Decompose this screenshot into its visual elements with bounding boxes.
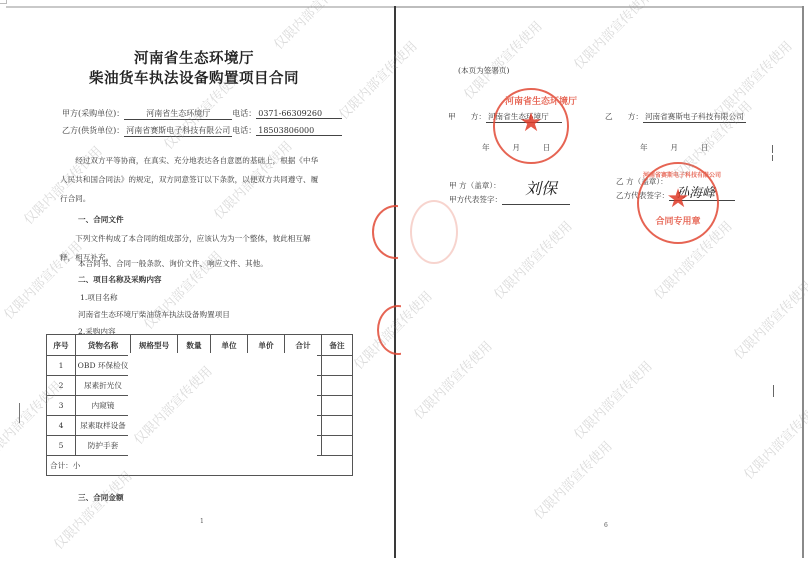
party-a-label: 甲方(采购单位)： — [62, 109, 124, 118]
party-a-phone-label: 电话： — [232, 109, 256, 118]
seal-b-bottom-text: 合同专用章 — [649, 214, 707, 227]
contract-title-line1: 河南省生态环境厅 — [0, 47, 388, 68]
party-b-phone-label: 电话： — [232, 126, 256, 135]
party-b-name: 河南省赛斯电子科技有限公司 — [124, 125, 232, 137]
party-a-sign-label: 甲 方： — [448, 112, 486, 121]
party-b-sign-line: 乙 方：河南省赛斯电子科技有限公司 — [605, 111, 746, 123]
goods-name: 内窥镜 — [76, 396, 131, 416]
seal-b-top-text: 河南省赛斯电子科技有限公司 — [643, 170, 713, 179]
contract-page-6 — [396, 8, 802, 556]
party-b-line: 乙方(供货单位)：河南省赛斯电子科技有限公司电话：18503806000 — [62, 125, 342, 137]
party-a-line: 甲方(采购单位)：河南省生态环境厅电话：0371-66309260 — [62, 108, 342, 120]
scan-mark — [773, 385, 774, 397]
seal-star-icon: ★ — [517, 110, 545, 136]
section1-docs: 本合同书、合同一般条款、询价文件、响应文件、其他。 — [78, 258, 268, 269]
section1-heading: 一、合同文件 — [78, 214, 124, 225]
party-b-sign-label: 乙 方： — [605, 112, 643, 121]
contract-seal-b: ★ 河南省赛斯电子科技有限公司 合同专用章 — [637, 162, 719, 244]
section2-heading: 二、项目名称及采购内容 — [78, 274, 162, 285]
goods-name: 尿素取样设备 — [76, 416, 131, 436]
section3-heading: 三、合同金额 — [78, 492, 124, 503]
redacted-table-area — [128, 353, 317, 459]
contract-title-line2: 柴油货车执法设备购置项目合同 — [0, 67, 388, 88]
signature-a: 刘保 — [525, 176, 557, 199]
party-a-name: 河南省生态环境厅 — [124, 108, 232, 120]
party-b-sign-name: 河南省赛斯电子科技有限公司 — [643, 111, 746, 123]
scan-edge-mark — [19, 403, 20, 423]
page-number-left: 1 — [200, 518, 204, 525]
intro-paragraph: 经过双方平等协商，在真实、充分地表达各自意愿的基础上，根据《中华人民共和国合同法… — [60, 151, 322, 208]
corner-mark — [0, 0, 7, 4]
official-seal-a: ★ 河南省生态环境厅 — [493, 88, 569, 164]
row-number: 1 — [47, 356, 76, 376]
goods-name: 尿素折光仪 — [76, 376, 131, 396]
rep-a-label: 甲方代表签字： — [449, 195, 502, 204]
scan-mark — [772, 155, 773, 161]
party-b-phone: 18503806000 — [256, 126, 342, 136]
seal-a-label: 甲 方（盖章）： — [449, 180, 501, 191]
faint-seal-through — [410, 200, 458, 264]
project-name: 河南省生态环境厅柴油货车执法设备购置项目 — [78, 309, 230, 320]
goods-name: 防护手套 — [76, 436, 131, 456]
goods-name: OBD 环保检仪 — [76, 356, 131, 376]
row-number: 2 — [47, 376, 76, 396]
row-number: 5 — [47, 436, 76, 456]
date-b: 年 月 日 — [640, 142, 708, 153]
page-number-right: 6 — [604, 522, 608, 529]
col-header: 备注 — [322, 335, 353, 356]
party-b-label: 乙方(供货单位)： — [62, 126, 124, 135]
page-right-edge — [802, 6, 804, 558]
col-header: 货物名称 — [76, 335, 131, 356]
seal-a-text: 河南省生态环境厅 — [505, 94, 557, 107]
col-header: 序号 — [47, 335, 76, 356]
row-number: 4 — [47, 416, 76, 436]
scan-mark — [772, 145, 773, 153]
party-a-phone: 0371-66309260 — [256, 109, 342, 119]
row-number: 3 — [47, 396, 76, 416]
seal-star-icon: ★ — [664, 186, 692, 212]
signature-page-note: (本页为签署页) — [458, 65, 510, 76]
item1-label: 1.项目名称 — [80, 292, 118, 303]
